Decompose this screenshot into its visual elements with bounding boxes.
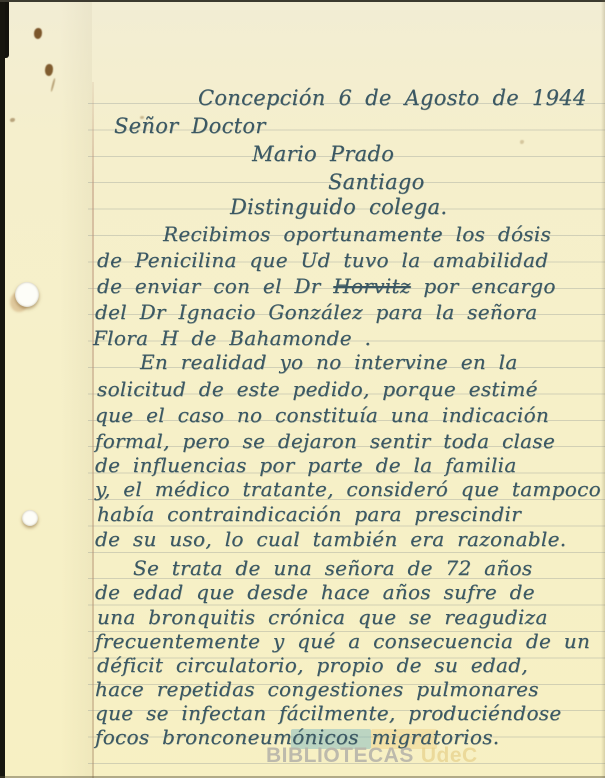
recipient-name: Mario Prado [252,142,394,166]
handwritten-line: de influencias por parte de la familia [95,453,517,477]
handwritten-line: de Penicilina que Ud tuvo la amabilidad [97,248,548,272]
recipient-title: Señor Doctor [114,114,266,138]
punch-hole-top [15,282,39,307]
handwritten-line: y, el médico tratante, consideró que tam… [95,477,601,501]
scanned-letter-page: Concepción 6 de Agosto de 1944 Señor Doc… [0,0,605,778]
margin-crease-line [92,82,94,778]
handwritten-line: Flora H de Bahamonde . [93,326,371,350]
dateline: Concepción 6 de Agosto de 1944 [198,86,587,110]
salutation: Distinguido colega. [230,195,447,219]
foxing-spot [34,28,42,39]
watermark-bibliotecas-label: BIBLIOTECAS [266,744,414,767]
scan-edge-top [0,0,605,2]
handwritten-line: Se trata de una señora de 72 años [133,556,532,580]
watermark: BIBLIOTECASUdeC [266,744,478,768]
handwritten-line: que el caso no constituía una indicación [95,403,549,427]
handwritten-line: de enviar con el Dr Horvitz por encargo [97,274,556,298]
watermark-udec-label: UdeC [421,744,478,767]
handwritten-line: formal, pero se dejaron sentir toda clas… [95,429,555,453]
struck-word: Horvitz [333,274,410,298]
handwritten-line: de su uso, lo cual también era razonable… [95,527,566,551]
scan-edge-right [601,0,605,778]
punch-hole-bottom [22,510,38,526]
handwritten-line: Recibimos oportunamente los dósis [163,222,551,246]
handwritten-line: solicitud de este pedido, porque estimé [97,377,538,401]
handwritten-line: del Dr Ignacio González para la señora [95,300,538,324]
handwritten-line: de edad que desde hace años sufre de [95,580,535,604]
handwritten-line: había contraindicación para prescindir [97,502,521,526]
scan-edge-left [0,0,5,778]
handwritten-segment: de enviar con el Dr [97,274,333,298]
handwritten-line: una bronquitis crónica que se reagudiza [97,605,548,629]
recipient-city: Santiago [328,170,425,194]
foxing-spot [50,78,55,92]
handwritten-line: déficit circulatorio, propio de su edad, [97,653,528,677]
handwritten-line: hace repetidas congestiones pulmonares [95,677,539,701]
handwritten-line: En realidad yo no intervine en la [140,350,518,374]
handwritten-segment: por encargo [411,274,556,298]
handwritten-line: que se infectan fácilmente, produciéndos… [95,701,562,725]
handwritten-line: frecuentemente y qué a consecuencia de u… [95,629,590,653]
foxing-spot [45,64,53,76]
foxing-spot [10,118,15,122]
